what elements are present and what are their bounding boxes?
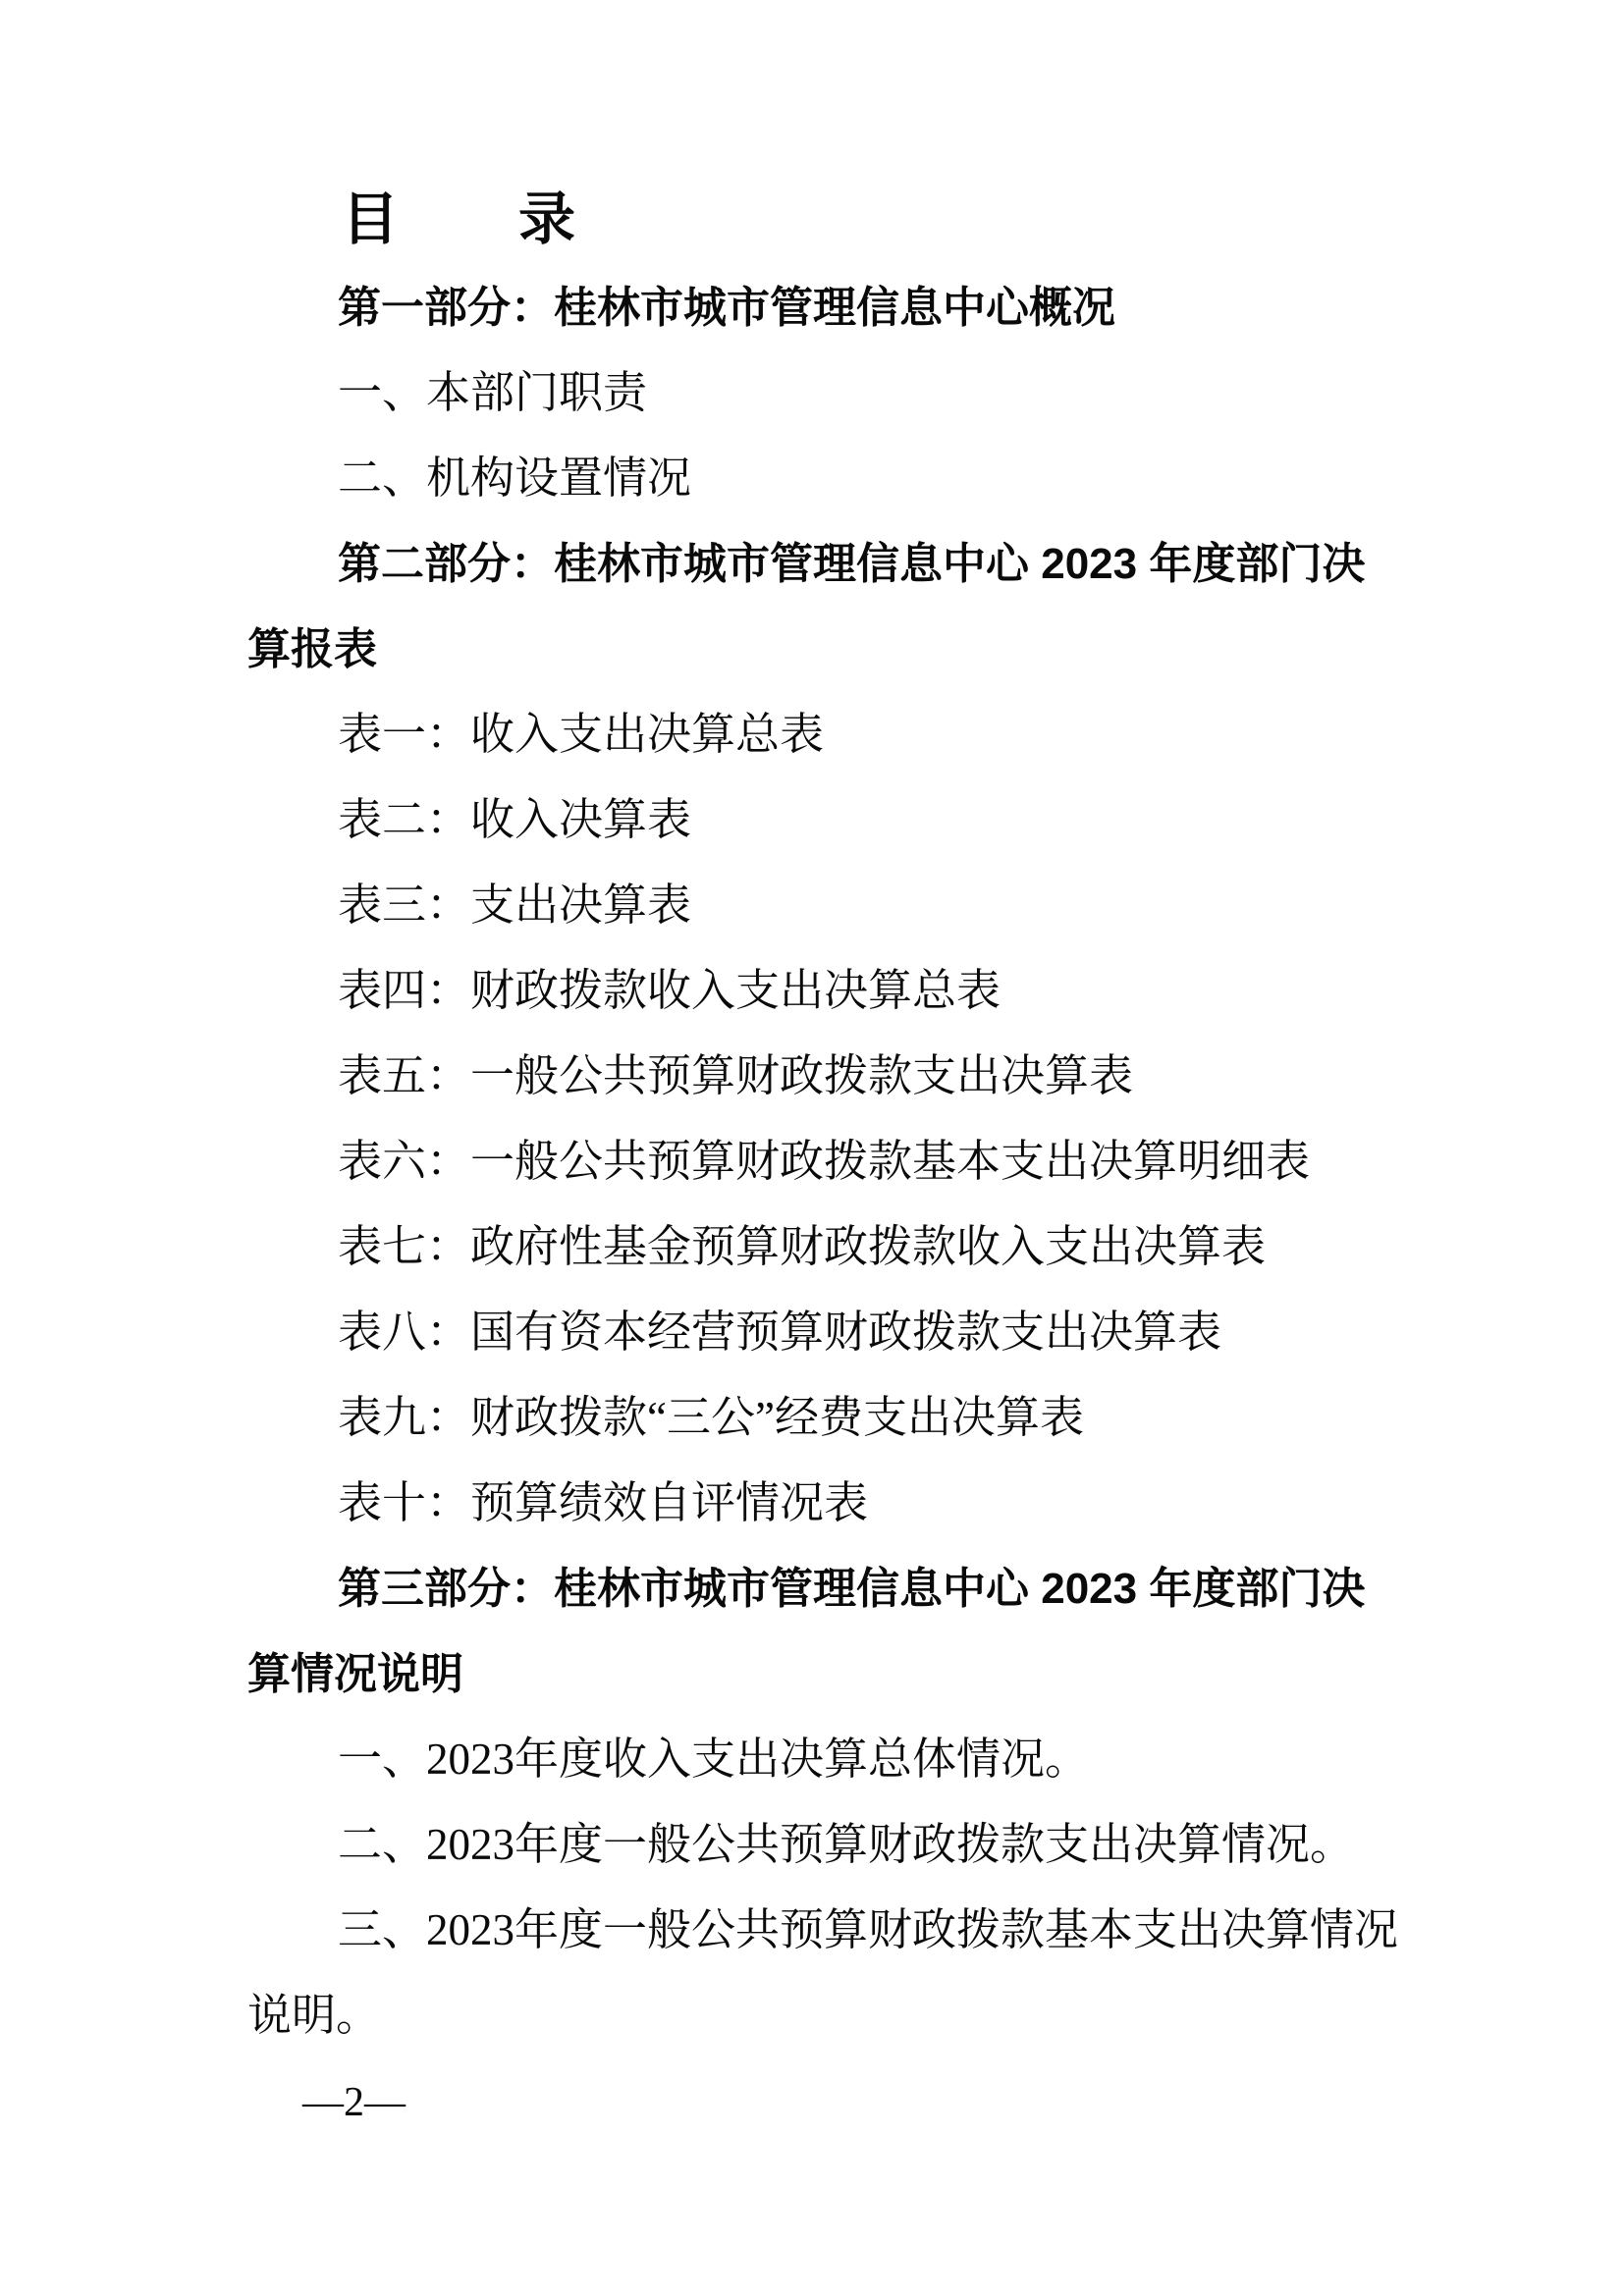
toc-table-item-5: 表五：一般公共预算财政拨款支出决算表 <box>247 1034 1390 1119</box>
toc-table-item-9: 表九：财政拨款“三公”经费支出决算表 <box>247 1375 1390 1461</box>
toc-part3-heading-line1: 第三部分：桂林市城市管理信息中心 2023 年度部门决 <box>247 1546 1390 1631</box>
toc-table-item-4: 表四：财政拨款收入支出决算总表 <box>247 948 1390 1034</box>
toc-table-item-2: 表二：收入决算表 <box>247 777 1390 863</box>
toc-table-item-7: 表七：政府性基金预算财政拨款收入支出决算表 <box>247 1204 1390 1290</box>
toc-table-item-6: 表六：一般公共预算财政拨款基本支出决算明细表 <box>247 1119 1390 1204</box>
toc-part1-item-organization: 二、机构设置情况 <box>247 436 1390 521</box>
toc-part3-heading-line2: 算情况说明 <box>247 1631 1390 1717</box>
toc-part3-item-1: 一、2023年度收入支出决算总体情况。 <box>247 1717 1390 1802</box>
toc-table-item-1: 表一：收入支出决算总表 <box>247 692 1390 777</box>
toc-part1-item-duties: 一、本部门职责 <box>247 350 1390 436</box>
toc-part3-item-2: 二、2023年度一般公共预算财政拨款支出决算情况。 <box>247 1802 1390 1888</box>
document-page: 目 录 第一部分：桂林市城市管理信息中心概况 一、本部门职责 二、机构设置情况 … <box>0 0 1624 2296</box>
toc-part2-heading-line1: 第二部分：桂林市城市管理信息中心 2023 年度部门决 <box>247 521 1390 607</box>
toc-part2-heading-line2: 算报表 <box>247 607 1390 692</box>
toc-part1-heading: 第一部分：桂林市城市管理信息中心概况 <box>247 265 1390 350</box>
toc-content: 目 录 第一部分：桂林市城市管理信息中心概况 一、本部门职责 二、机构设置情况 … <box>247 175 1390 2058</box>
toc-table-item-3: 表三：支出决算表 <box>247 863 1390 948</box>
page-number: —2— <box>302 2079 406 2126</box>
toc-title: 目 录 <box>342 175 1390 265</box>
toc-table-item-8: 表八：国有资本经营预算财政拨款支出决算表 <box>247 1290 1390 1375</box>
toc-part3-item-3-line2: 说明。 <box>247 1973 1390 2058</box>
toc-part3-item-3-line1: 三、2023年度一般公共预算财政拨款基本支出决算情况 <box>247 1888 1390 1973</box>
toc-table-item-10: 表十：预算绩效自评情况表 <box>247 1461 1390 1546</box>
